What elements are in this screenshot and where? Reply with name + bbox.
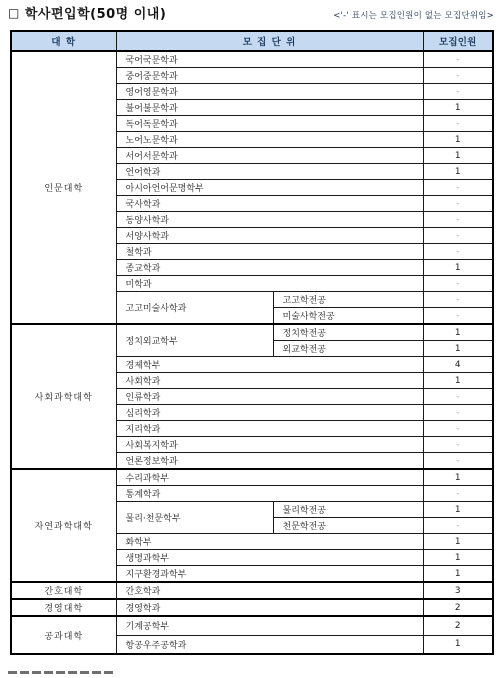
quota-cell: 1 — [423, 635, 493, 654]
dept-cell: 중어중문학과 — [116, 68, 423, 84]
quota-cell: - — [423, 212, 493, 228]
square-bullet-icon: □ — [8, 6, 20, 20]
dept-cell: 언론정보학과 — [116, 453, 423, 470]
table-row: 간호대학간호학과3 — [11, 582, 493, 599]
quota-cell: 2 — [423, 599, 493, 616]
dept-cell: 항공우주공학과 — [116, 635, 423, 654]
dept-cell: 수리과학부 — [116, 469, 423, 486]
quota-cell: 1 — [423, 469, 493, 486]
legend-note: <'-' 표시는 모집인원이 없는 모집단위임> — [333, 9, 494, 22]
page-cut-continuation-line — [8, 671, 114, 674]
dept-cell: 통계학과 — [116, 486, 423, 502]
college-cell: 사회과학대학 — [11, 324, 116, 469]
dept-cell: 지구환경과학부 — [116, 566, 423, 583]
quota-cell: 1 — [423, 373, 493, 389]
page-title-text: 학사편입학(50명 이내) — [25, 7, 166, 22]
dept-cell: 심리학과 — [116, 405, 423, 421]
quota-cell: 1 — [423, 100, 493, 116]
college-cell: 간호대학 — [11, 582, 116, 599]
quota-cell: - — [423, 292, 493, 308]
dept-cell: 물리·천문학부 — [116, 502, 273, 534]
dept-cell: 사회학과 — [116, 373, 423, 389]
quota-cell: - — [423, 437, 493, 453]
quota-cell: 3 — [423, 582, 493, 599]
college-cell: 자연과학대학 — [11, 469, 116, 582]
dept-cell: 독어독문학과 — [116, 116, 423, 132]
quota-cell: 2 — [423, 616, 493, 635]
quota-cell: - — [423, 228, 493, 244]
dept-cell: 정치외교학부 — [116, 324, 273, 357]
dept-cell: 서양사학과 — [116, 228, 423, 244]
quota-cell: 1 — [423, 148, 493, 164]
document-page: □학사편입학(50명 이내) <'-' 표시는 모집인원이 없는 모집단위임> … — [0, 0, 500, 678]
quota-cell: - — [423, 405, 493, 421]
quota-cell: 1 — [423, 341, 493, 357]
quota-cell: - — [423, 116, 493, 132]
dept-cell: 경영학과 — [116, 599, 423, 616]
quota-cell: 1 — [423, 534, 493, 550]
dept-cell: 화학부 — [116, 534, 423, 550]
major-cell: 정치학전공 — [273, 324, 423, 341]
quota-cell: 1 — [423, 260, 493, 276]
quota-cell: - — [423, 453, 493, 470]
dept-cell: 노어노문학과 — [116, 132, 423, 148]
quota-cell: - — [423, 276, 493, 292]
dept-cell: 영어영문학과 — [116, 84, 423, 100]
table-body: 인문대학국어국문학과-중어중문학과-영어영문학과-불어불문학과1독어독문학과-노… — [11, 51, 493, 654]
major-cell: 천문학전공 — [273, 518, 423, 534]
quota-cell: 1 — [423, 164, 493, 180]
quota-cell: - — [423, 308, 493, 325]
major-cell: 미술사학전공 — [273, 308, 423, 325]
dept-cell: 사회복지학과 — [116, 437, 423, 453]
dept-cell: 지리학과 — [116, 421, 423, 437]
quota-cell: - — [423, 244, 493, 260]
table-row: 사회과학대학정치외교학부정치학전공1 — [11, 324, 493, 341]
dept-cell: 언어학과 — [116, 164, 423, 180]
quota-cell: 4 — [423, 357, 493, 373]
dept-cell: 동양사학과 — [116, 212, 423, 228]
quota-cell: 1 — [423, 502, 493, 518]
quota-cell: - — [423, 518, 493, 534]
major-cell: 물리학전공 — [273, 502, 423, 518]
major-cell: 외교학전공 — [273, 341, 423, 357]
quota-cell: - — [423, 51, 493, 68]
dept-cell: 간호학과 — [116, 582, 423, 599]
dept-cell: 국사학과 — [116, 196, 423, 212]
dept-cell: 생명과학부 — [116, 550, 423, 566]
dept-cell: 미학과 — [116, 276, 423, 292]
page-title: □학사편입학(50명 이내) — [8, 3, 166, 22]
unit-header: 모 집 단 위 — [116, 31, 423, 51]
major-cell: 고고학전공 — [273, 292, 423, 308]
table-row: 인문대학국어국문학과- — [11, 51, 493, 68]
quota-cell: - — [423, 421, 493, 437]
header-row: 대 학 모 집 단 위 모집인원 — [11, 31, 493, 51]
dept-cell: 종교학과 — [116, 260, 423, 276]
quota-cell: 1 — [423, 132, 493, 148]
college-cell: 경영대학 — [11, 599, 116, 616]
college-cell: 인문대학 — [11, 51, 116, 324]
dept-cell: 인류학과 — [116, 389, 423, 405]
quota-cell: - — [423, 84, 493, 100]
quota-cell: - — [423, 486, 493, 502]
college-cell: 공과대학 — [11, 616, 116, 654]
document-header: □학사편입학(50명 이내) <'-' 표시는 모집인원이 없는 모집단위임> — [8, 3, 494, 22]
quota-cell: 1 — [423, 550, 493, 566]
table-row: 경영대학경영학과2 — [11, 599, 493, 616]
table-row: 자연과학대학수리과학부1 — [11, 469, 493, 486]
dept-cell: 불어불문학과 — [116, 100, 423, 116]
quota-cell: - — [423, 68, 493, 84]
quota-cell: 1 — [423, 324, 493, 341]
dept-cell: 서어서문학과 — [116, 148, 423, 164]
admissions-table: 대 학 모 집 단 위 모집인원 인문대학국어국문학과-중어중문학과-영어영문학… — [10, 30, 494, 655]
dept-cell: 아시아언어문명학부 — [116, 180, 423, 196]
dept-cell: 국어국문학과 — [116, 51, 423, 68]
table-row: 공과대학기계공학부2 — [11, 616, 493, 635]
quota-cell: 1 — [423, 566, 493, 583]
quota-header: 모집인원 — [423, 31, 493, 51]
quota-cell: - — [423, 180, 493, 196]
quota-cell: - — [423, 196, 493, 212]
dept-cell: 철학과 — [116, 244, 423, 260]
college-header: 대 학 — [11, 31, 116, 51]
quota-cell: - — [423, 389, 493, 405]
table-header: 대 학 모 집 단 위 모집인원 — [11, 31, 493, 51]
dept-cell: 경제학부 — [116, 357, 423, 373]
dept-cell: 기계공학부 — [116, 616, 423, 635]
dept-cell: 고고미술사학과 — [116, 292, 273, 325]
